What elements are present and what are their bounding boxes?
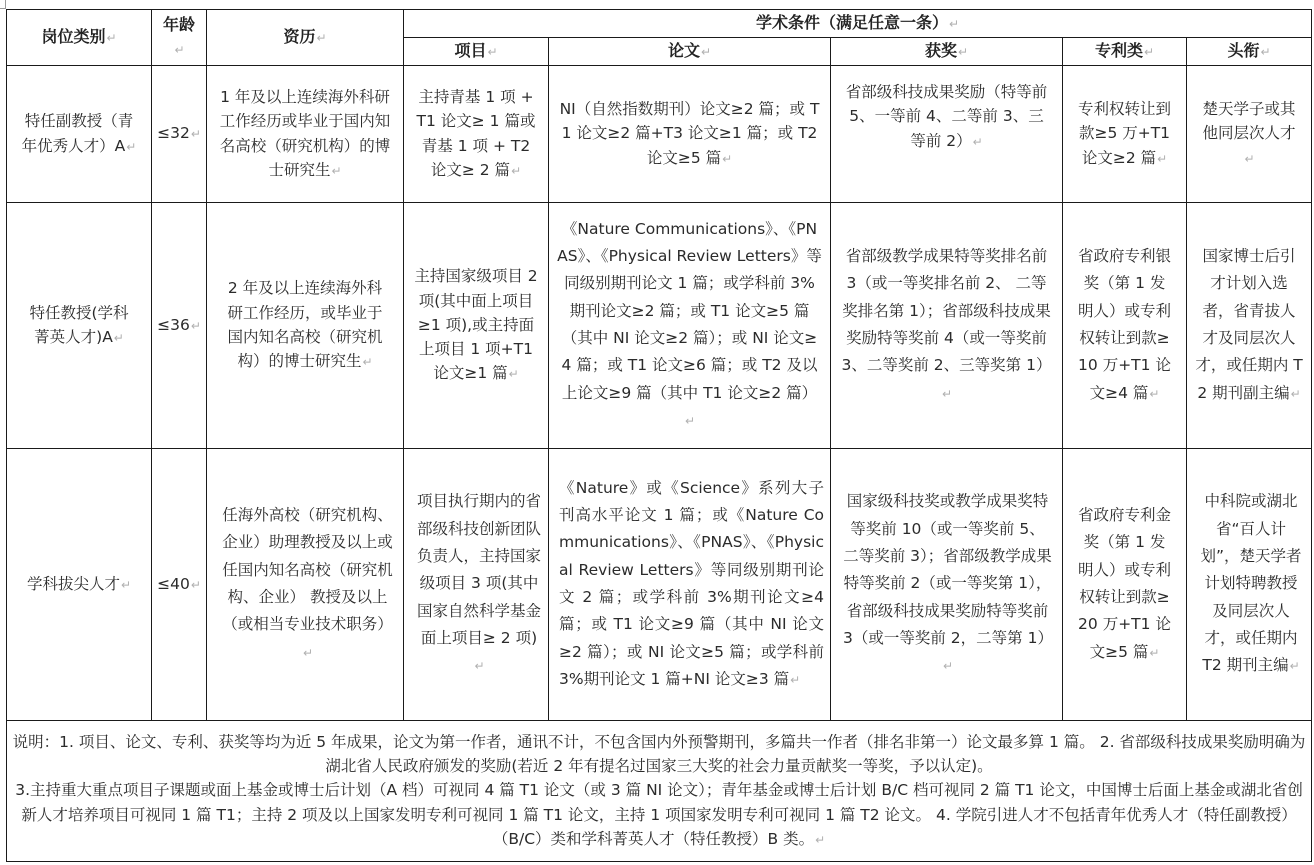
cell-position: 特任副教授（青年优秀人才）A↵: [7, 66, 152, 203]
cell-qualification: 2 年及以上连续海外科研工作经历，或毕业于国内知名高校（研究机构）的博士研究生↵: [207, 203, 404, 449]
paragraph-mark-icon: ↵: [943, 659, 953, 673]
cell-patent: 专利权转让到款≥5 万+T1 论文≥2 篇↵: [1063, 66, 1187, 203]
paragraph-mark-icon: ↵: [191, 578, 201, 592]
notes-paragraph-1: 说明：1. 项目、论文、专利、获奖等均为近 5 年成果，论文为第一作者，通讯不计…: [11, 730, 1307, 779]
cell-age: ≤40↵: [152, 449, 207, 721]
cell-paper: NI（自然指数期刊）论文≥2 篇；或 T1 论文≥2 篇+T3 论文≥1 篇；或…: [549, 66, 831, 203]
header-title: 头衔↵: [1187, 38, 1312, 66]
header-academic-conditions: 学术条件（满足任意一条）↵: [404, 10, 1312, 38]
header-paper: 论文↵: [549, 38, 831, 66]
paragraph-mark-icon: ↵: [362, 355, 372, 369]
header-project: 项目↵: [404, 38, 549, 66]
header-patent: 专利类↵: [1063, 38, 1187, 66]
paragraph-mark-icon: ↵: [815, 833, 825, 847]
cell-qualification: 任海外高校（研究机构、企业）助理教授及以上或任国内知名高校（研究机构、企业） 教…: [207, 449, 404, 721]
notes-paragraph-2: 3.主持重大重点项目子课题或面上基金或博士后计划（A 档）可视同 4 篇 T1 …: [11, 778, 1307, 852]
cell-project: 主持国家级项目 2 项(其中面上项目≥1 项),或主持面上项目 1 项+T1 论…: [404, 203, 549, 449]
paragraph-mark-icon: ↵: [942, 387, 952, 401]
cell-paper: 《Nature》或《Science》系列大子刊高水平论文 1 篇；或《Natur…: [549, 449, 831, 721]
paragraph-mark-icon: ↵: [1157, 152, 1167, 166]
paragraph-mark-icon: ↵: [191, 127, 201, 141]
cell-award: 国家级科技奖或教学成果奖特等奖前 10（或一等奖前 5、二等奖前 3）；省部级教…: [831, 449, 1063, 721]
paragraph-mark-icon: ↵: [114, 331, 124, 345]
table-row: 特任教授(学科菁英人才)A↵ ≤36↵ 2 年及以上连续海外科研工作经历，或毕业…: [7, 203, 1312, 449]
paragraph-mark-icon: ↵: [1291, 387, 1301, 401]
cell-age: ≤32↵: [152, 66, 207, 203]
paragraph-mark-icon: ↵: [106, 31, 116, 45]
table-row: 特任副教授（青年优秀人才）A↵ ≤32↵ 1 年及以上连续海外科研工作经历或毕业…: [7, 66, 1312, 203]
paragraph-mark-icon: ↵: [509, 367, 519, 381]
page-corner-mark: [0, 0, 6, 9]
paragraph-mark-icon: ↵: [973, 135, 983, 149]
paragraph-mark-icon: ↵: [790, 673, 800, 687]
header-age: 年龄↵: [152, 10, 207, 66]
paragraph-mark-icon: ↵: [126, 140, 136, 154]
paragraph-mark-icon: ↵: [722, 152, 732, 166]
paragraph-mark-icon: ↵: [303, 646, 313, 660]
cell-title: 国家博士后引才计划入选者，省青拔人才及同层次人才，或任期内 T2 期刊副主编↵: [1187, 203, 1312, 449]
paragraph-mark-icon: ↵: [174, 43, 184, 57]
cell-project: 主持青基 1 项 + T1 论文≥ 1 篇或青基 1 项 + T2 论文≥ 2 …: [404, 66, 549, 203]
paragraph-mark-icon: ↵: [958, 45, 968, 59]
cell-title: 中科院或湖北省“百人计划”，楚天学者计划特聘教授及同层次人才，或任期内 T2 期…: [1187, 449, 1312, 721]
cell-position: 特任教授(学科菁英人才)A↵: [7, 203, 152, 449]
header-award: 获奖↵: [831, 38, 1063, 66]
header-qualification: 资历↵: [207, 10, 404, 66]
paragraph-mark-icon: ↵: [487, 45, 497, 59]
paragraph-mark-icon: ↵: [1149, 387, 1159, 401]
paragraph-mark-icon: ↵: [1244, 152, 1254, 166]
cell-paper: 《Nature Communications》、《PNAS》、《Physical…: [549, 203, 831, 449]
cell-project: 项目执行期内的省部级科技创新团队负责人，主持国家级项目 3 项(其中国家自然科学…: [404, 449, 549, 721]
paragraph-mark-icon: ↵: [121, 578, 131, 592]
paragraph-mark-icon: ↵: [1144, 45, 1154, 59]
header-position-category: 岗位类别↵: [7, 10, 152, 66]
paragraph-mark-icon: ↵: [685, 414, 695, 428]
cell-position: 学科拔尖人才↵: [7, 449, 152, 721]
paragraph-mark-icon: ↵: [1149, 646, 1159, 660]
paragraph-mark-icon: ↵: [1261, 45, 1271, 59]
paragraph-mark-icon: ↵: [1290, 659, 1300, 673]
cell-patent: 省政府专利金奖（第 1 发明人）或专利权转让到款≥20 万+T1 论文≥5 篇↵: [1063, 449, 1187, 721]
cell-title: 楚天学子或其他同层次人才↵: [1187, 66, 1312, 203]
cell-qualification: 1 年及以上连续海外科研工作经历或毕业于国内知名高校（研究机构）的博士研究生↵: [207, 66, 404, 203]
cell-award: 省部级教学成果特等奖排名前 3（或一等奖排名前 2、 二等奖排名第 1）；省部级…: [831, 203, 1063, 449]
header-row-top: 岗位类别↵ 年龄↵ 资历↵ 学术条件（满足任意一条）↵: [7, 10, 1312, 38]
table-row: 学科拔尖人才↵ ≤40↵ 任海外高校（研究机构、企业）助理教授及以上或任国内知名…: [7, 449, 1312, 721]
paragraph-mark-icon: ↵: [316, 31, 326, 45]
cell-patent: 省政府专利银奖（第 1 发明人）或专利权转让到款≥10 万+T1 论文≥4 篇↵: [1063, 203, 1187, 449]
paragraph-mark-icon: ↵: [701, 45, 711, 59]
notes-cell: 说明：1. 项目、论文、专利、获奖等均为近 5 年成果，论文为第一作者，通讯不计…: [7, 721, 1312, 862]
notes-row: 说明：1. 项目、论文、专利、获奖等均为近 5 年成果，论文为第一作者，通讯不计…: [7, 721, 1312, 862]
cell-award: 省部级科技成果奖励（特等前 5、一等前 4、二等前 3、三等前 2）↵: [831, 66, 1063, 203]
talent-requirements-table: 岗位类别↵ 年龄↵ 资历↵ 学术条件（满足任意一条）↵ 项目↵ 论文↵ 获奖↵ …: [6, 9, 1312, 862]
paragraph-mark-icon: ↵: [474, 659, 484, 673]
cell-age: ≤36↵: [152, 203, 207, 449]
paragraph-mark-icon: ↵: [191, 319, 201, 333]
paragraph-mark-icon: ↵: [511, 164, 521, 178]
paragraph-mark-icon: ↵: [331, 164, 341, 178]
paragraph-mark-icon: ↵: [949, 17, 959, 31]
